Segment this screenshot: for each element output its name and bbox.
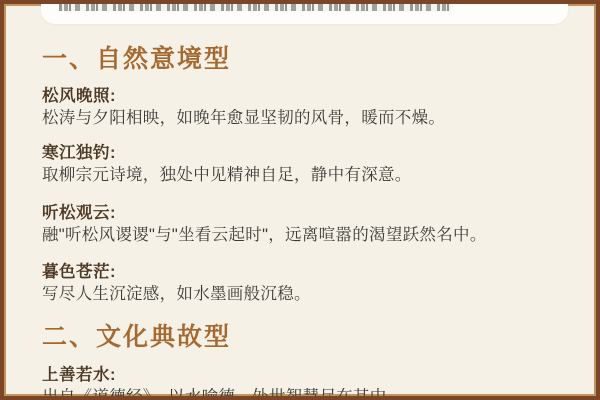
entry-hanjiangdudiao: 寒江独钓: 取柳宗元诗境，独处中见精神自足，静中有深意。 xyxy=(42,143,570,185)
entry-description: 写尽人生沉淀感，如水墨画般沉稳。 xyxy=(42,284,570,304)
article-content: 一、自然意境型 松风晚照: 松涛与夕阳相映，如晚年愈显坚韧的风骨，暖而不燥。 寒… xyxy=(42,24,570,400)
entry-songfengwanzhao: 松风晚照: 松涛与夕阳相映，如晚年愈显坚韧的风骨，暖而不燥。 xyxy=(42,86,570,128)
entry-shangshanruoshui: 上善若水: 出自《道德经》，以水喻德，处世智慧尽在其中 xyxy=(42,365,570,400)
entry-name: 暮色苍茫: xyxy=(42,262,570,282)
section-title-nature-mood: 一、自然意境型 xyxy=(42,44,570,74)
entry-tingsongguanyun: 听松观云: 融"听松风谡谡"与"坐看云起时"，远离喧嚣的渴望跃然名中。 xyxy=(42,203,570,245)
entry-description: 融"听松风谡谡"与"坐看云起时"，远离喧嚣的渴望跃然名中。 xyxy=(42,225,570,245)
entry-description: 出自《道德经》，以水喻德，处世智慧尽在其中 xyxy=(42,387,570,400)
entry-description: 松涛与夕阳相映，如晚年愈显坚韧的风骨，暖而不燥。 xyxy=(42,108,570,128)
entry-name: 听松观云: xyxy=(42,203,570,223)
entry-description: 取柳宗元诗境，独处中见精神自足，静中有深意。 xyxy=(42,165,570,185)
article-page: 一、自然意境型 松风晚照: 松涛与夕阳相映，如晚年愈显坚韧的风骨，暖而不燥。 寒… xyxy=(0,0,600,400)
entry-name: 上善若水: xyxy=(42,365,570,385)
top-card xyxy=(41,0,568,24)
section-title-cultural-allusion: 二、文化典故型 xyxy=(42,322,570,352)
clipped-text-line xyxy=(59,3,451,11)
entry-name: 寒江独钓: xyxy=(42,143,570,163)
entry-name: 松风晚照: xyxy=(42,86,570,106)
entry-musecangmang: 暮色苍茫: 写尽人生沉淀感，如水墨画般沉稳。 xyxy=(42,262,570,304)
